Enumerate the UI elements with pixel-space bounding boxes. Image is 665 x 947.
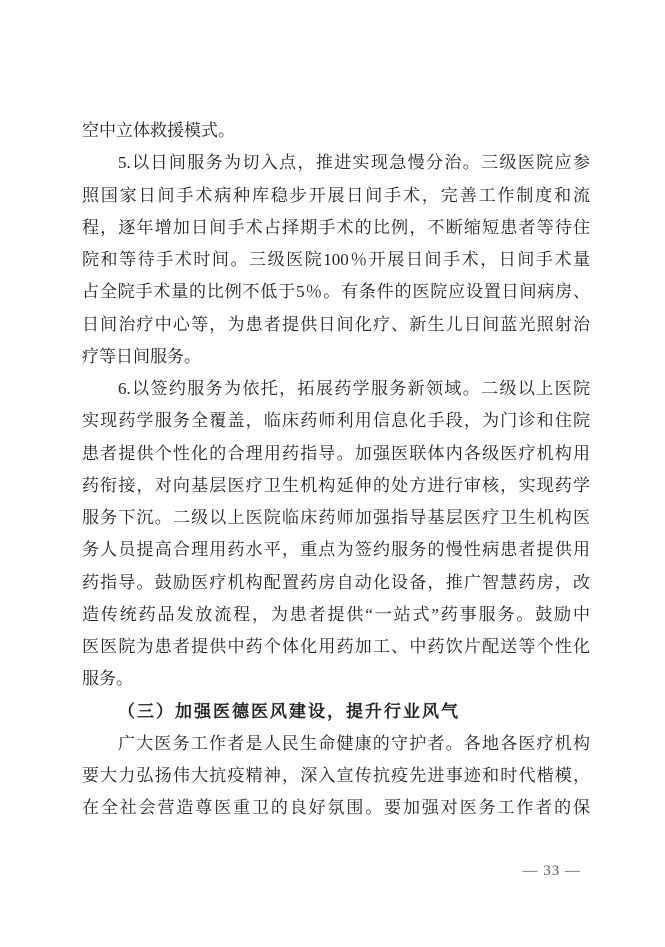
text-line: 广大医务工作者是人民生命健康的守护者。各地各医疗机构 [82,728,590,760]
text-line: 务人员提高合理用药水平，重点为签约服务的慢性病患者提供用 [82,534,590,566]
page-number: — 33 — [523,861,582,881]
paragraph: 6.以签约服务为依托，拓展药学服务新领域。二级以上医院实现药学服务全覆盖，临床药… [82,373,590,696]
text-line: 空中立体救援模式。 [82,115,590,147]
text-line: 5.以日间服务为切入点，推进实现急慢分治。三级医院应参 [82,147,590,179]
text-line: 在全社会营造尊医重卫的良好氛围。要加强对医务工作者的保 [82,792,590,824]
text-line: 占全院手术量的比例不低于5％。有条件的医院应设置日间病房、 [82,276,590,308]
text-line: 造传统药品发放流程，为患者提供“一站式”药事服务。鼓励中 [82,599,590,631]
text-line: 服务。 [82,663,590,695]
text-line: 患者提供个性化的合理用药指导。加强医联体内各级医疗机构用 [82,438,590,470]
paragraph: 5.以日间服务为切入点，推进实现急慢分治。三级医院应参照国家日间手术病种库稳步开… [82,147,590,373]
section-heading: （三）加强医德医风建设，提升行业风气 [82,696,590,728]
text-line: 程，逐年增加日间手术占择期手术的比例，不断缩短患者等待住 [82,212,590,244]
text-line: （三）加强医德医风建设，提升行业风气 [82,696,590,728]
document-page: 空中立体救援模式。5.以日间服务为切入点，推进实现急慢分治。三级医院应参照国家日… [0,0,665,947]
document-body: 空中立体救援模式。5.以日间服务为切入点，推进实现急慢分治。三级医院应参照国家日… [82,115,590,825]
text-line: 照国家日间手术病种库稳步开展日间手术，完善工作制度和流 [82,180,590,212]
text-line: 医医院为患者提供中药个体化用药加工、中药饮片配送等个性化 [82,631,590,663]
text-line: 疗等日间服务。 [82,341,590,373]
text-line: 服务下沉。二级以上医院临床药师加强指导基层医疗卫生机构医 [82,502,590,534]
text-line: 日间治疗中心等，为患者提供日间化疗、新生儿日间蓝光照射治 [82,309,590,341]
text-line: 药衔接，对向基层医疗卫生机构延伸的处方进行审核，实现药学 [82,470,590,502]
text-line: 实现药学服务全覆盖，临床药师利用信息化手段，为门诊和住院 [82,405,590,437]
text-line: 药指导。鼓励医疗机构配置药房自动化设备，推广智慧药房，改 [82,567,590,599]
text-line: 院和等待手术时间。三级医院100％开展日间手术，日间手术量 [82,244,590,276]
text-line: 要大力弘扬伟大抗疫精神，深入宣传抗疫先进事迹和时代楷模， [82,760,590,792]
paragraph: 空中立体救援模式。 [82,115,590,147]
paragraph: 广大医务工作者是人民生命健康的守护者。各地各医疗机构要大力弘扬伟大抗疫精神，深入… [82,728,590,825]
text-line: 6.以签约服务为依托，拓展药学服务新领域。二级以上医院 [82,373,590,405]
